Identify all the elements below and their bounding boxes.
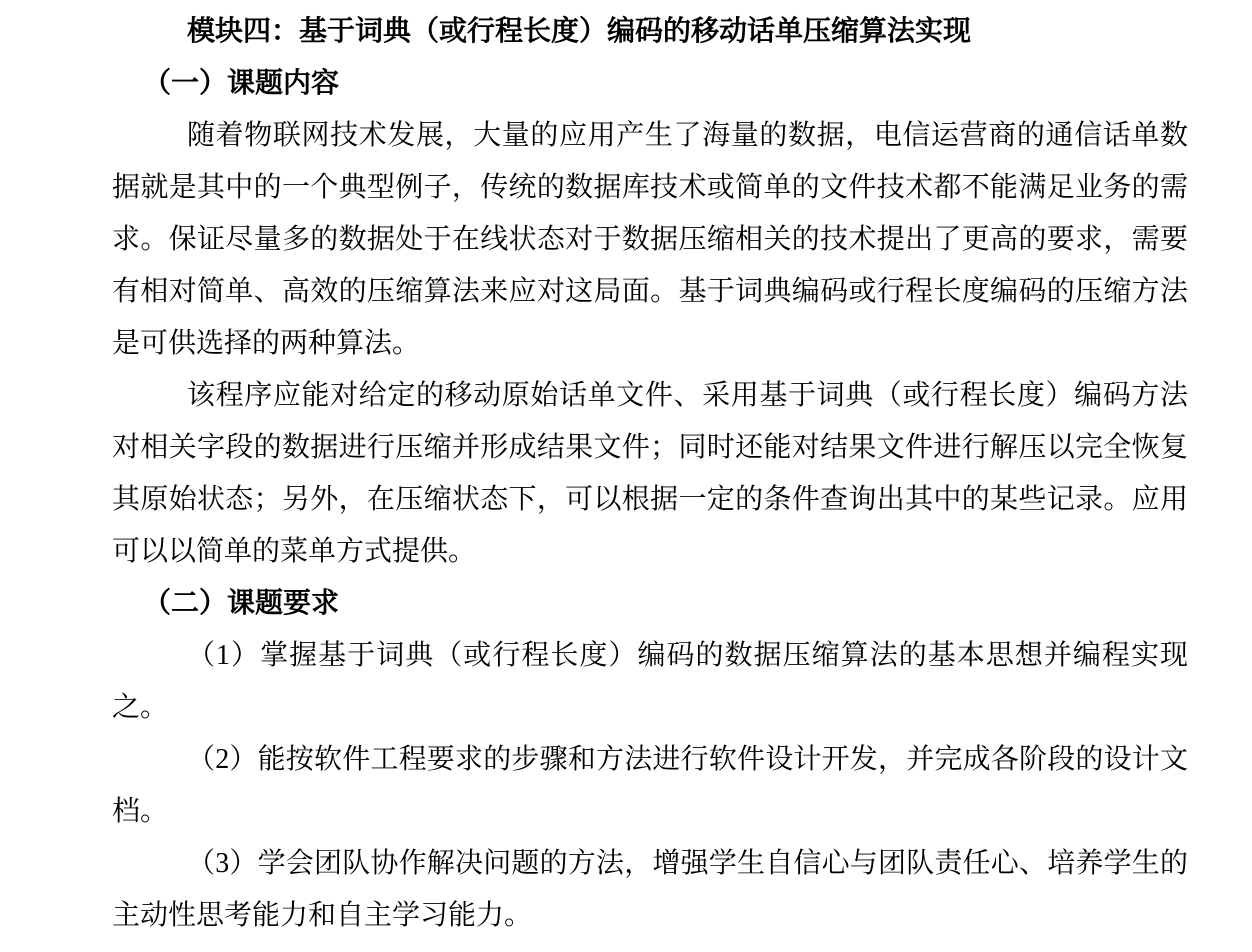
section-heading-course-requirements: （二）课题要求 xyxy=(112,578,1188,630)
document-title: 模块四：基于词典（或行程长度）编码的移动话单压缩算法实现 xyxy=(112,6,1188,58)
paragraph-program-description: 该程序应能对给定的移动原始话单文件、采用基于词典（或行程长度）编码方法对相关字段… xyxy=(112,370,1188,578)
document-page: 模块四：基于词典（或行程长度）编码的移动话单压缩算法实现 （一）课题内容 随着物… xyxy=(0,0,1252,952)
requirement-item-3: （3）学会团队协作解决问题的方法，增强学生自信心与团队责任心、培养学生的主动性思… xyxy=(112,838,1188,942)
paragraph-background: 随着物联网技术发展，大量的应用产生了海量的数据，电信运营商的通信话单数据就是其中… xyxy=(112,110,1188,370)
section-heading-course-content: （一）课题内容 xyxy=(112,58,1188,110)
requirement-item-1: （1）掌握基于词典（或行程长度）编码的数据压缩算法的基本思想并编程实现之。 xyxy=(112,630,1188,734)
requirement-item-2: （2）能按软件工程要求的步骤和方法进行软件设计开发，并完成各阶段的设计文档。 xyxy=(112,734,1188,838)
